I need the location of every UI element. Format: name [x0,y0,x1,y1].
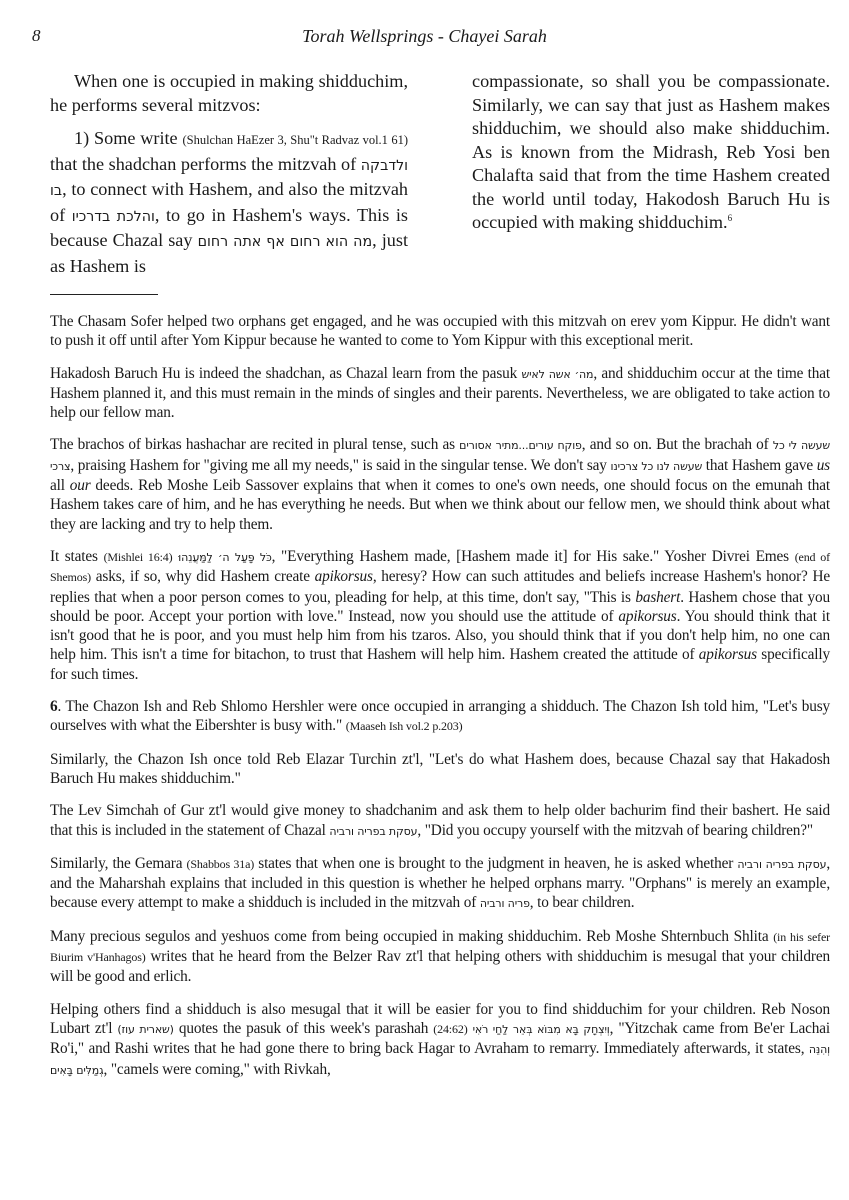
emphasis: bashert [635,589,680,606]
emphasis: apikorsus [315,568,373,585]
emphasis: our [70,477,91,494]
text: that the shadchan performs the mitzvah o… [50,154,361,174]
footnote-marker[interactable]: 6 [728,213,733,223]
footnote-paragraph: Hakadosh Baruch Hu is indeed the shadcha… [50,364,830,423]
footnote-paragraph: It states (Mishlei 16:4) כֹּל פָּעַל ה׳ … [50,547,830,684]
source-citation: (24:62) [433,1022,467,1036]
text: It states [50,548,104,565]
footnote-paragraph: 6. The Chazon Ish and Reb Shlomo Hershle… [50,697,830,737]
text: , praising Hashem for "giving me all my … [70,457,610,474]
footnote-paragraph: Similarly, the Chazon Ish once told Reb … [50,750,830,789]
source-citation: (Maaseh Ish vol.2 p.203) [346,719,463,733]
footnote-paragraph: Helping others find a shidduch is also m… [50,1000,830,1080]
source-citation: (שארית עוז) [117,1023,174,1036]
main-text-columns: When one is occupied in making shidduchi… [50,70,830,278]
text: , to bear children. [530,894,635,911]
text: deeds. Reb Moshe Leib Sassover explains … [50,477,830,533]
hebrew-quote: פוקח עורים...מתיר אסורים [459,439,582,452]
hebrew-quote: עסקת בפריה ורביה [737,858,826,871]
text: , "camels were coming," with Rivkah, [103,1061,330,1078]
intro-paragraph: When one is occupied in making shidduchi… [50,70,408,117]
text: that Hashem gave [702,457,817,474]
text: Many precious segulos and yeshuos come f… [50,928,773,945]
text: all [50,477,70,494]
source-citation: (Shulchan HaEzer 3, Shu"t Radvaz vol.1 6… [182,133,408,147]
footnote-paragraph: Similarly, the Gemara (Shabbos 31a) stat… [50,854,830,914]
left-column: When one is occupied in making shidduchi… [50,70,408,278]
mitzvah-1-paragraph: 1) Some write (Shulchan HaEzer 3, Shu"t … [50,127,408,278]
footnote-paragraph: The Lev Simchah of Gur zt'l would give m… [50,801,830,841]
text: states that when one is brought to the j… [254,855,737,872]
hebrew-quote: והלכת בדרכיו [72,209,155,225]
source-citation: (Mishlei 16:4) [104,550,173,564]
text: 1) Some write [74,128,182,148]
right-column: compassionate, so shall you be compassio… [472,70,830,278]
text: quotes the pasuk of this week's parashah [174,1020,433,1037]
emphasis: apikorsus [618,608,676,625]
footnotes-section: The Chasam Sofer helped two orphans get … [50,312,830,1093]
text: , "Everything Hashem made, [Hashem made … [272,548,795,565]
continuation-paragraph: compassionate, so shall you be compassio… [472,70,830,235]
hebrew-quote: כֹּל פָּעַל ה׳ לַמַּעֲנֵהוּ [178,551,271,564]
text: Hakadosh Baruch Hu is indeed the shadcha… [50,365,521,382]
emphasis: apikorsus [699,646,757,663]
hebrew-quote: פריה ורביה [480,897,530,910]
footnote-paragraph: The Chasam Sofer helped two orphans get … [50,312,830,351]
text: The brachos of birkas hashachar are reci… [50,436,459,453]
hebrew-quote: שעשה לנו כל צרכינו [610,460,702,473]
text: asks, if so, why did Hashem create [91,568,315,585]
footnote-paragraph: Many precious segulos and yeshuos come f… [50,927,830,987]
book-title: Torah Wellsprings - Chayei Sarah [0,26,849,47]
text: writes that he heard from the Belzer Rav… [50,948,830,985]
text: compassionate, so shall you be compassio… [472,71,830,232]
hebrew-quote: עסקת בפריה ורביה [329,825,417,838]
footnote-paragraph: The brachos of birkas hashachar are reci… [50,435,830,533]
hebrew-quote: מה הוא רחום אף אתה רחום [198,234,373,250]
text: , and so on. But the brachah of [582,436,773,453]
text: , "Did you occupy yourself with the mitz… [417,822,813,839]
hebrew-quote: וְיִצְחָק בָּא מִבּוֹא בְּאֵר לַחַי רֹאִ… [473,1023,610,1036]
emphasis: us [817,457,830,474]
footnote-separator [50,294,158,295]
text: Similarly, the Gemara [50,855,187,872]
footnote-number: 6 [50,698,58,715]
source-citation: (Shabbos 31a) [187,857,255,871]
hebrew-quote: מה׳ אשה לאיש [521,368,593,381]
running-header: 8 Torah Wellsprings - Chayei Sarah [32,0,800,40]
